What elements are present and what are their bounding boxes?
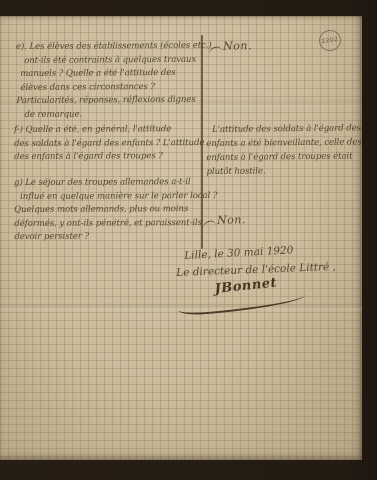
handwritten-line: devoir persister ?: [14, 230, 217, 245]
handwritten-line: enfants à l'égard des troupes était: [206, 149, 362, 165]
handwritten-line: des enfants à l'égard des troupes ?: [14, 150, 204, 165]
handwritten-line: ont-ils été contraints à quelques travau…: [24, 53, 212, 68]
handwritten-line: Quelques mots allemands, plus ou moins: [14, 203, 217, 218]
answer-g-text: Non.: [217, 213, 246, 227]
handwritten-line: f-) Quelle a été, en général, l'attitude: [14, 123, 204, 138]
question-f: f-) Quelle a été, en général, l'attitude…: [14, 123, 204, 165]
answer-f: L'attitude des soldats à l'égard des enf…: [206, 121, 362, 179]
answer-g: Non.: [202, 213, 246, 227]
handwritten-line: g) Le séjour des troupes allemandes a-t-…: [14, 176, 217, 191]
handwritten-line: de remarque.: [24, 108, 212, 123]
ink-flourish: [202, 220, 216, 228]
handwritten-line: influé en quelque manière sur le parler …: [20, 190, 217, 205]
handwritten-line: Particularités, réponses, réflexions dig…: [16, 94, 212, 109]
handwritten-line: déformés, y ont-ils pénétré, et paraisse…: [14, 217, 217, 232]
handwritten-line: manuels ? Quelle a été l'attitude des: [20, 67, 212, 82]
answer-e-text: Non.: [223, 39, 252, 53]
ink-flourish: [208, 46, 222, 54]
handwritten-line: e). Les élèves des établissements (école…: [16, 40, 212, 55]
question-e: e). Les élèves des établissements (école…: [16, 40, 212, 123]
handwritten-line: plutôt hostile.: [206, 163, 362, 179]
signatory-title-line: Le directeur de l'école Littré ,: [176, 261, 336, 279]
handwritten-line: L'attitude des soldats à l'égard des: [212, 121, 362, 137]
handwritten-line: élèves dans ces circonstances ?: [20, 80, 212, 95]
question-g: g) Le séjour des troupes allemandes a-t-…: [14, 176, 218, 245]
answer-e: Non.: [208, 39, 252, 53]
document-page: 2202 e). Les élèves des établissements (…: [0, 16, 362, 460]
archive-stamp-number: 2202: [321, 36, 339, 45]
archive-stamp: 2202: [318, 29, 343, 53]
handwritten-line: des soldats à l'égard des enfants ? L'at…: [14, 137, 204, 152]
